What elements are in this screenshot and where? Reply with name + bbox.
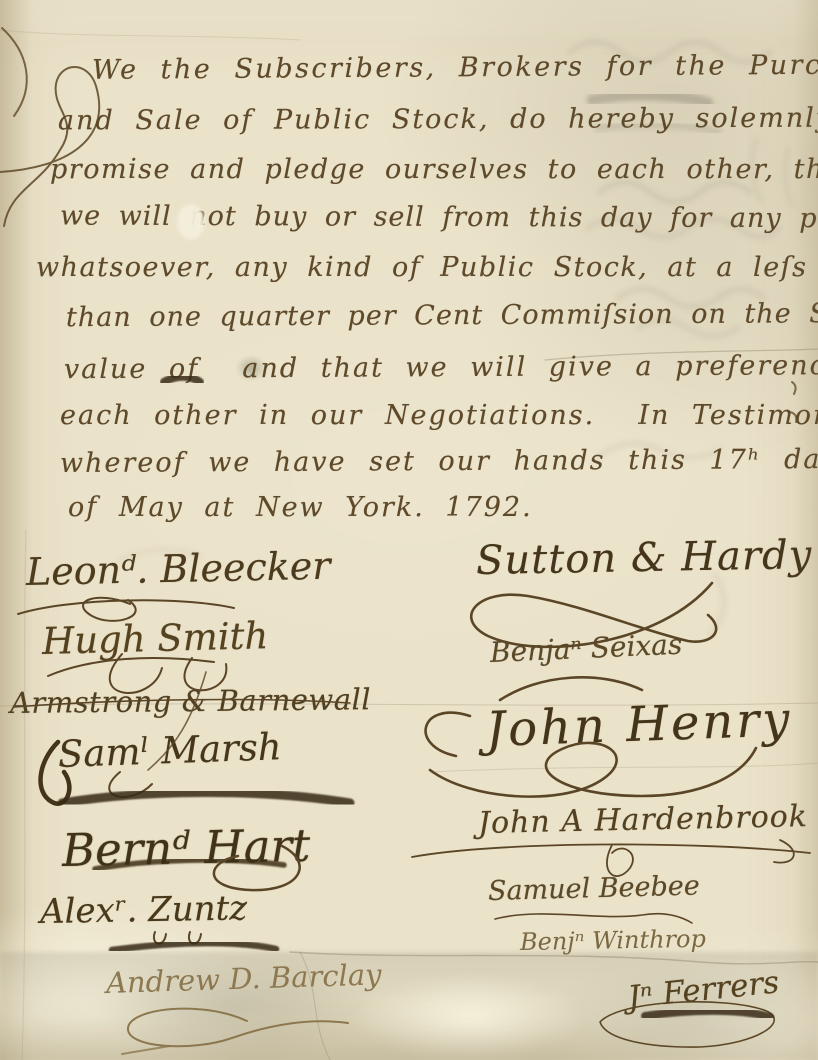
hardenbrook-flourish [412,840,810,876]
signature-john-hardenbrook: John A Hardenbrook [478,799,809,841]
signature-benjamin-seixas: Benjaⁿ Seixas [489,628,683,669]
signature-samuel-beebee: Samuel Beebee [488,870,701,907]
text-line: whereof we have set our hands this 17ʰ d… [60,444,818,479]
text-line: We the Subscribers, Brokers for the Purc… [92,49,818,86]
signature-benjamin-winthrop: Benjⁿ Winthrop [520,925,706,956]
signature-john-ferrers: Jⁿ Ferrers [626,964,781,1016]
text-line: we will not buy or sell from this day fo… [60,201,818,235]
text-line: each other in our Negotiations. In Testi… [60,400,818,431]
signature-john-henry: John Henry [485,691,793,758]
paper-patch [355,975,585,1060]
text-line: value of and that we will give a prefere… [64,350,818,385]
signature-andrew-barclay: Andrew D. Barclay [105,957,381,1000]
signature-sutton-hardy: Sutton & Hardy [476,532,813,584]
text-line: than one quarter per Cent Commiſsion on … [66,298,818,333]
manuscript-page: We the Subscribers, Brokers for the Purc… [0,0,818,1060]
beebee-flourish [495,914,692,923]
signature-bernard-hart: Bernᵈ Hart [61,819,310,877]
zuntz-flourish [112,932,276,950]
text-line: whatsoever, any kind of Public Stock, at… [36,252,818,283]
text-line: of May at New York. 1792. [68,492,533,523]
text-line: and Sale of Public Stock, do hereby sole… [58,103,818,137]
signature-alexander-zuntz: Alexʳ. Zuntz [40,888,248,932]
signature-armstrong-barnewall: Armstrong & Barnewall [10,682,371,720]
text-line: promise and pledge ourselves to each oth… [50,154,818,185]
signature-samuel-marsh: Samˡ Marsh [57,725,282,776]
signature-leonard-bleecker: Leonᵈ. Bleecker [26,544,331,594]
signature-hugh-smith: Hugh Smith [41,614,268,663]
barclay-flourish [122,1009,348,1054]
